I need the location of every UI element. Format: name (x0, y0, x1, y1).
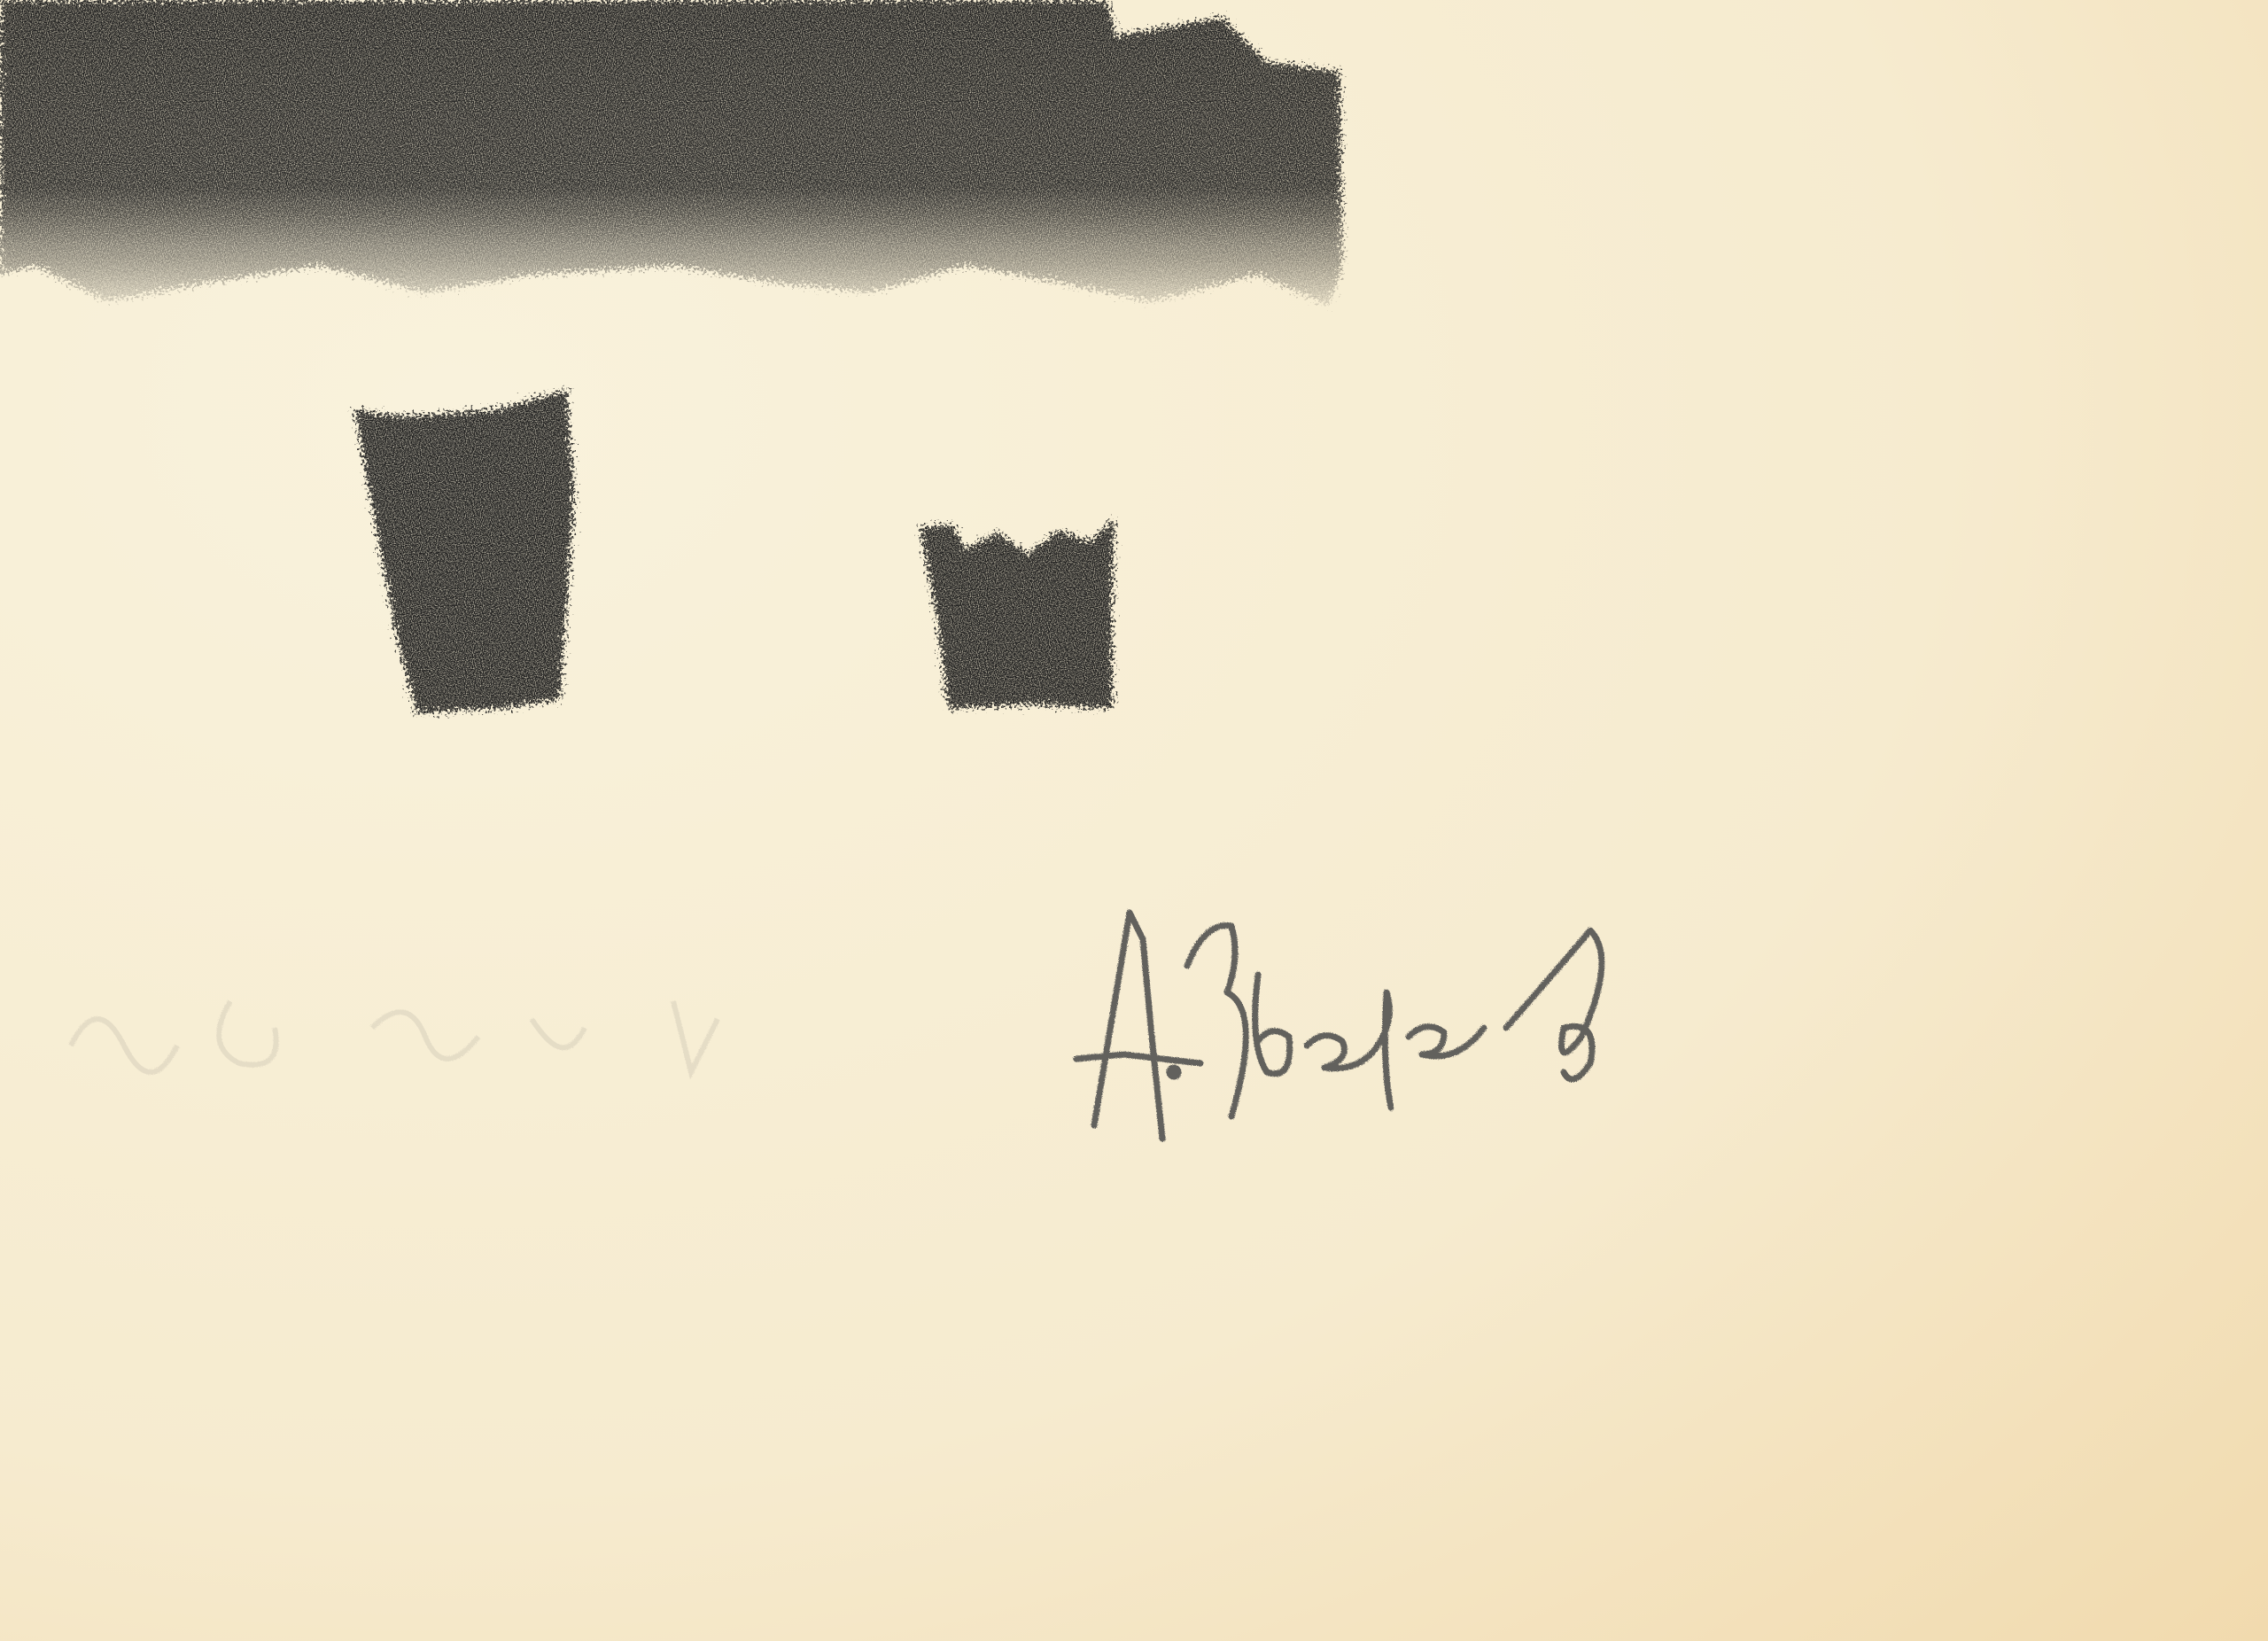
top-ink-band (0, 0, 1342, 306)
artwork-canvas (0, 0, 2268, 1641)
right-ink-block (920, 518, 1115, 709)
